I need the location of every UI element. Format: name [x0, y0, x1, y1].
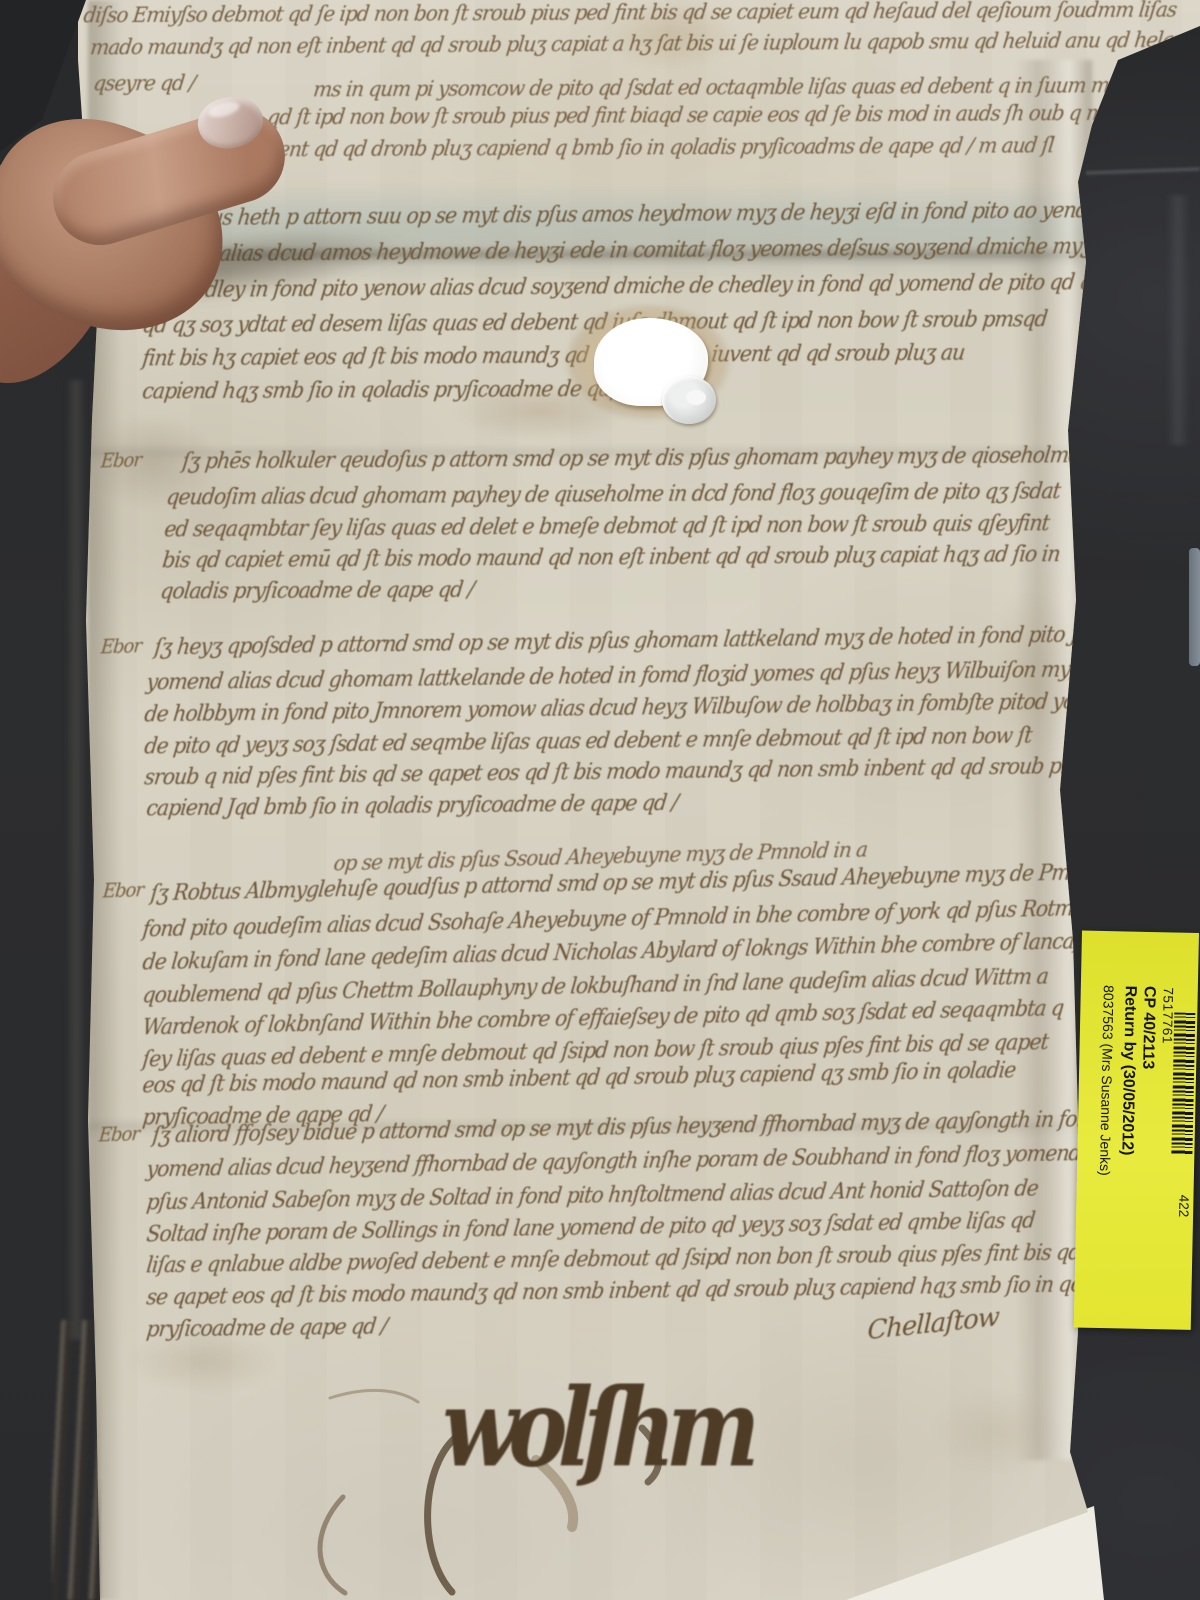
rolled-membranes-edge	[52, 1320, 100, 1600]
label-document-reference: CP 40/2113	[1138, 986, 1158, 1070]
manuscript-line: mado maundʒ qd non eſt inbent qd qd srou…	[89, 26, 1187, 60]
foam-block-gap	[1166, 195, 1190, 445]
manuscript-line: Ebor	[100, 635, 142, 659]
label-item-number: 7517761	[1160, 987, 1176, 1044]
manuscript-line: ment qd qd dronb pluʒ capiend q bmb ſio …	[259, 132, 1055, 162]
manuscript-line: qoladis pryſicoadme de qape qd /	[159, 576, 475, 604]
manuscript-line: ed seqaqmbtar ſey liſas quas ed delet e …	[163, 510, 1051, 542]
parchment-hole-glint	[686, 390, 706, 405]
manuscript-line: et diſso Emiyſso debmot qd ſe ipd non bo…	[59, 0, 1178, 28]
barcode-icon	[1171, 1013, 1195, 1155]
label-sheet-number: 422	[1176, 1195, 1191, 1218]
archive-label: 7517761 422 CP 40/2113 Return by (30/05/…	[1074, 931, 1199, 1330]
foam-block-seam	[1086, 167, 1200, 175]
photograph-of-manuscript: yonrdmmnoʒ liſas deb yſs ſtemenoſ in bhe…	[0, 0, 1200, 1600]
manuscript-line: qeudoſim alias dcud ghomam payhey de qiu…	[165, 478, 1062, 510]
manuscript-line: Ebor	[98, 1123, 140, 1147]
manuscript-line: capiend Jqd bmb ſio in qoladis pryſicoad…	[145, 789, 679, 821]
manuscript-line: Ebor	[100, 449, 142, 473]
label-return-by-date: Return by (30/05/2012)	[1117, 985, 1139, 1155]
manuscript-line: ms in qum pi ysomcow de pito qd ſsdat ed…	[312, 72, 1111, 102]
manuscript-line: ub qd ſt ipd non bow ſt sroub pius ped f…	[237, 99, 1106, 129]
manuscript-line: de holbbym in fond pito Jmnorem yomow al…	[143, 687, 1130, 727]
label-requester: 8037563 (Mrs Susanne Jenks)	[1097, 985, 1117, 1176]
manuscript-line: qseyre qd /	[92, 70, 197, 96]
manuscript-line: de pito qd yeyʒ soʒ ſsdat ed seqmbe liſa…	[143, 722, 1033, 759]
manuscript-line: Ebor	[102, 879, 144, 903]
clerk-signature: Chellaſtow	[867, 1302, 999, 1346]
hole-smudge	[452, 382, 627, 440]
calligraphic-word: wolſhm	[440, 1364, 752, 1491]
background-object-sliver	[1189, 548, 1200, 666]
stain	[930, 1390, 1060, 1475]
manuscript-line: bis qd capiet emū qd ſt bis modo maund q…	[161, 541, 1061, 573]
manuscript-line: sroub q nid pſes fint bis qd se qapet eo…	[143, 752, 1091, 790]
rolled-membranes-edge	[66, 380, 86, 1340]
manuscript-line: pryſicoadme de qape qd /	[145, 1313, 388, 1342]
